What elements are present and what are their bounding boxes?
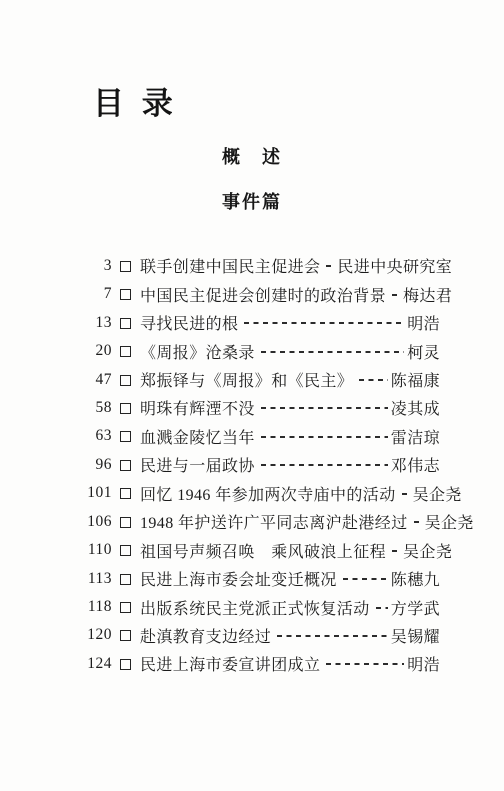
toc-entry-title: 民进与一届政协: [140, 453, 255, 476]
dash-leader-icon: [343, 578, 388, 580]
toc-entry-author: 陈穗九: [391, 567, 440, 590]
toc-entry-title: 郑振铎与《周报》和《民主》: [140, 368, 353, 391]
dash-leader-icon: [277, 635, 388, 637]
dash-leader-icon: [261, 351, 404, 353]
toc-entry-title: 民进上海市委会址变迁概况: [140, 567, 337, 590]
checkbox-icon: [120, 403, 131, 414]
toc-entry-author: 明浩: [407, 652, 440, 675]
checkbox-icon: [120, 346, 131, 357]
toc-entry-author: 民进中央研究室: [337, 254, 452, 277]
toc-entry-row: 58 明珠有辉湮不没 凌其成: [84, 394, 440, 422]
toc-page-number: 118: [84, 598, 112, 616]
toc-entry-author: 吴锡耀: [391, 624, 440, 647]
toc-page-number: 106: [84, 513, 112, 531]
toc-page-number: 110: [84, 541, 112, 559]
dash-leader-icon: [244, 322, 404, 324]
checkbox-icon: [120, 488, 131, 499]
toc-entry-row: 47 郑振铎与《周报》和《民主》 陈福康: [84, 365, 440, 393]
dash-leader-icon: [261, 436, 388, 438]
toc-entry-title: 《周报》沧桑录: [140, 340, 255, 363]
checkbox-icon: [120, 630, 131, 641]
checkbox-icon: [120, 545, 131, 556]
dash-leader-icon: [376, 607, 388, 609]
toc-entry-title: 赴滇教育支边经过: [140, 624, 271, 647]
toc-entry-author: 方学武: [391, 596, 440, 619]
checkbox-icon: [120, 261, 131, 272]
dash-leader-icon: [359, 379, 388, 381]
toc-entry-title: 联手创建中国民主促进会: [140, 254, 320, 277]
toc-entry-title: 血溅金陵忆当年: [140, 425, 255, 448]
toc-page-number: 7: [84, 285, 112, 303]
toc-entry-row: 101 回忆 1946 年参加两次寺庙中的活动 吴企尧: [84, 479, 440, 507]
toc-entry-author: 邓伟志: [391, 453, 440, 476]
toc-entry-row: 96 民进与一届政协 邓伟志: [84, 451, 440, 479]
toc-entry-row: 110 祖国号声频召唤 乘风破浪上征程 吴企尧: [84, 536, 440, 564]
toc-entry-title: 民进上海市委宣讲团成立: [140, 652, 320, 675]
toc-entry-author: 柯灵: [407, 340, 440, 363]
toc-page-number: 124: [84, 655, 112, 673]
dash-leader-icon: [326, 663, 404, 665]
toc-page-number: 96: [84, 456, 112, 474]
dash-leader-icon: [261, 464, 388, 466]
toc-page-number: 120: [84, 626, 112, 644]
toc-entry-title: 中国民主促进会创建时的政治背景: [140, 283, 386, 306]
dash-leader-icon: [402, 493, 410, 495]
toc-entry-row: 63 血溅金陵忆当年 雷洁琼: [84, 422, 440, 450]
toc-list: 3 联手创建中国民主促进会 民进中央研究室 7 中国民主促进会创建时的政治背景 …: [84, 252, 440, 679]
checkbox-icon: [120, 602, 131, 613]
toc-entry-row: 3 联手创建中国民主促进会 民进中央研究室: [84, 252, 440, 280]
checkbox-icon: [120, 659, 131, 670]
toc-page-number: 113: [84, 570, 112, 588]
checkbox-icon: [120, 431, 131, 442]
section-heading-overview: 概 述: [0, 148, 504, 166]
dash-leader-icon: [261, 407, 388, 409]
toc-entry-row: 106 1948 年护送许广平同志离沪赴港经过 吴企尧: [84, 507, 440, 535]
checkbox-icon: [120, 318, 131, 329]
checkbox-icon: [120, 289, 131, 300]
toc-entry-row: 124 民进上海市委宣讲团成立 明浩: [84, 650, 440, 678]
toc-page-number: 47: [84, 371, 112, 389]
checkbox-icon: [120, 375, 131, 386]
scanned-toc-page: 目 录 概 述 事件篇 3 联手创建中国民主促进会 民进中央研究室 7 中国民主…: [0, 0, 504, 791]
toc-entry-author: 吴企尧: [413, 482, 462, 505]
toc-entry-title: 明珠有辉湮不没: [140, 396, 255, 419]
toc-entry-row: 7 中国民主促进会创建时的政治背景 梅达君: [84, 280, 440, 308]
toc-entry-author: 凌其成: [391, 396, 440, 419]
toc-page-number: 58: [84, 399, 112, 417]
toc-page-number: 20: [84, 342, 112, 360]
toc-entry-title: 出版系统民主党派正式恢复活动: [140, 596, 370, 619]
toc-entry-row: 20 《周报》沧桑录 柯灵: [84, 337, 440, 365]
dash-leader-icon: [392, 294, 400, 296]
toc-entry-author: 明浩: [407, 311, 440, 334]
toc-entry-author: 雷洁琼: [391, 425, 440, 448]
toc-entry-row: 118 出版系统民主党派正式恢复活动 方学武: [84, 593, 440, 621]
dash-leader-icon: [414, 521, 422, 523]
toc-page-number: 63: [84, 427, 112, 445]
checkbox-icon: [120, 574, 131, 585]
toc-entry-title: 1948 年护送许广平同志离沪赴港经过: [140, 510, 408, 533]
toc-entry-author: 吴企尧: [425, 510, 474, 533]
toc-entry-row: 120 赴滇教育支边经过 吴锡耀: [84, 621, 440, 649]
toc-page-number: 3: [84, 257, 112, 275]
toc-entry-author: 吴企尧: [403, 539, 452, 562]
toc-entry-row: 13 寻找民进的根 明浩: [84, 308, 440, 336]
toc-entry-author: 陈福康: [391, 368, 440, 391]
toc-entry-title: 寻找民进的根: [140, 311, 238, 334]
toc-page-number: 101: [84, 484, 112, 502]
toc-page-number: 13: [84, 314, 112, 332]
dash-leader-icon: [326, 265, 334, 267]
toc-entry-title: 回忆 1946 年参加两次寺庙中的活动: [140, 482, 396, 505]
page-title: 目 录: [0, 0, 504, 121]
checkbox-icon: [120, 460, 131, 471]
dash-leader-icon: [392, 550, 400, 552]
toc-entry-row: 113 民进上海市委会址变迁概况 陈穗九: [84, 564, 440, 592]
section-heading-events: 事件篇: [0, 193, 504, 211]
toc-entry-author: 梅达君: [403, 283, 452, 306]
checkbox-icon: [120, 517, 131, 528]
toc-entry-title: 祖国号声频召唤 乘风破浪上征程: [140, 539, 386, 562]
